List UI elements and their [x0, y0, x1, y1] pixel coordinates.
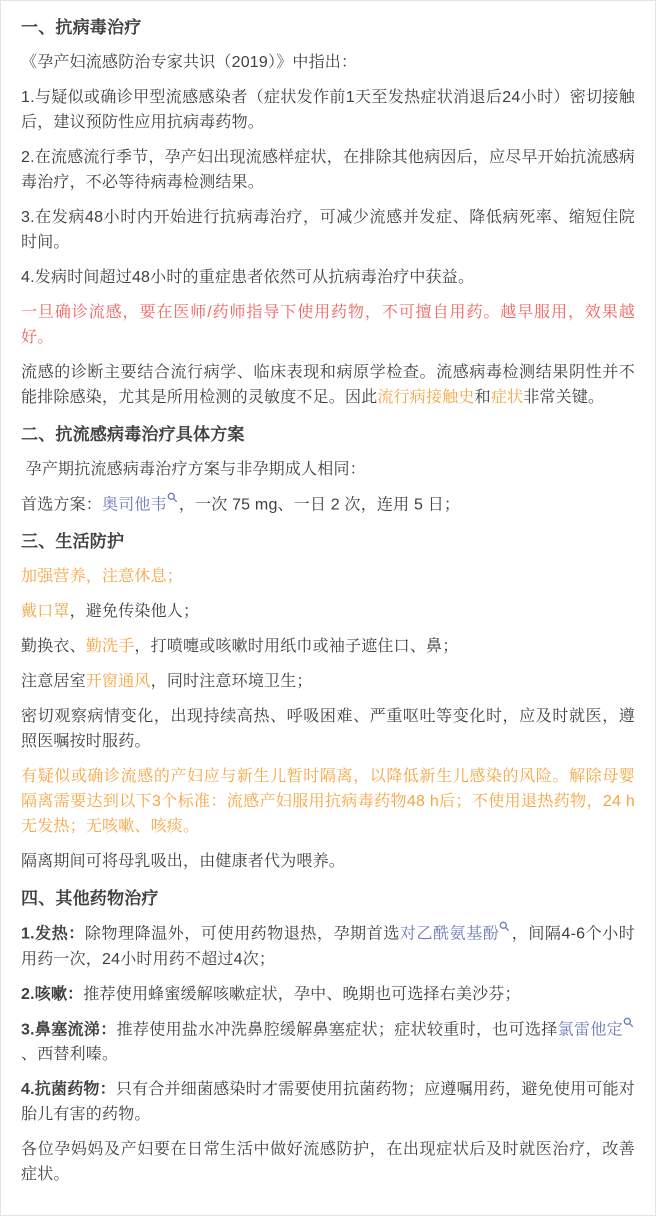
paragraph: 3.在发病48小时内开始进行抗病毒治疗，可减少流感并发症、降低病死率、缩短住院时…: [21, 205, 635, 255]
highlight-text: 加强营养，注意休息；: [21, 568, 183, 585]
drug-term-link[interactable]: 对乙酰氨基酚: [400, 926, 499, 943]
magnifier-icon[interactable]: [167, 495, 178, 506]
paragraph: 4.发病时间超过48小时的重症患者依然可从抗病毒治疗中获益。: [21, 265, 635, 290]
text-segment: 《孕产妇流感防治专家共识（2019）》中指出：: [21, 54, 357, 71]
paragraph: 2.在流感流行季节，孕产妇出现流感样症状，在排除其他病因后，应尽早开始抗流感病毒…: [21, 145, 635, 195]
text-segment: 密切观察病情变化，出现持续高热、呼吸困难、严重呕吐等变化时，应及时就医，遵照医嘱…: [21, 708, 635, 750]
paragraph: 孕产期抗流感病毒治疗方案与非孕期成人相同：: [21, 457, 635, 482]
section-heading: 四、其他药物治疗: [21, 886, 635, 911]
bold-text: 3.鼻塞流涕：: [21, 1021, 117, 1038]
text-segment: 、西替利嗪。: [21, 1046, 118, 1063]
paragraph: 3.鼻塞流涕：推荐使用盐水冲洗鼻腔缓解鼻塞症状；症状较重时，也可选择氯雷他定、西…: [21, 1017, 635, 1067]
paragraph: 《孕产妇流感防治专家共识（2019）》中指出：: [21, 50, 635, 75]
section-heading: 三、生活防护: [21, 529, 635, 554]
paragraph: 加强营养，注意休息；: [21, 564, 635, 589]
magnifier-icon[interactable]: [499, 924, 510, 935]
highlight-text: 流行病接触史: [377, 389, 474, 406]
paragraph: 1.发热：除物理降温外，可使用药物退热，孕期首选对乙酰氨基酚，间隔4-6个小时用…: [21, 921, 635, 971]
text-segment: 勤换衣、: [21, 638, 86, 655]
text-segment: ，一次 75 mg、一日 2 次，连用 5 日；: [179, 496, 460, 513]
text-segment: 隔离期间可将母乳吸出，由健康者代为喂养。: [21, 853, 345, 870]
bold-text: 四、其他药物治疗: [21, 889, 159, 908]
bold-text: 一、抗病毒治疗: [21, 18, 141, 37]
article-body: 一、抗病毒治疗《孕产妇流感防治专家共识（2019）》中指出：1.与疑似或确诊甲型…: [1, 1, 655, 1215]
text-segment: 4.发病时间超过48小时的重症患者依然可从抗病毒治疗中获益。: [21, 269, 474, 286]
paragraph: 一旦确诊流感，要在医师/药师指导下使用药物，不可擅自用药。越早服用，效果越好。: [21, 300, 635, 350]
drug-term-link[interactable]: 氯雷他定: [558, 1021, 623, 1038]
text-segment: 孕产期抗流感病毒治疗方案与非孕期成人相同：: [21, 461, 366, 478]
text-segment: ，避免传染他人；: [70, 603, 200, 620]
paragraph: 注意居室开窗通风，同时注意环境卫生；: [21, 669, 635, 694]
paragraph: 戴口罩，避免传染他人；: [21, 599, 635, 624]
highlight-text: 症状: [491, 389, 523, 406]
text-segment: 推荐使用蜂蜜缓解咳嗽症状，孕中、晚期也可选择右美沙芬；: [83, 986, 520, 1003]
highlight-text: 开窗通风: [86, 673, 151, 690]
magnifier-icon[interactable]: [623, 1020, 634, 1031]
text-segment: 推荐使用盐水冲洗鼻腔缓解鼻塞症状；症状较重时，也可选择: [117, 1021, 558, 1038]
highlight-text: 勤洗手: [86, 638, 135, 655]
text-segment: 2.在流感流行季节，孕产妇出现流感样症状，在排除其他病因后，应尽早开始抗流感病毒…: [21, 149, 635, 191]
text-segment: 非常关键。: [523, 389, 604, 406]
paragraph: 2.咳嗽：推荐使用蜂蜜缓解咳嗽症状，孕中、晚期也可选择右美沙芬；: [21, 982, 635, 1007]
bold-text: 1.发热：: [21, 926, 85, 943]
text-segment: ，同时注意环境卫生；: [151, 673, 313, 690]
bold-text: 4.抗菌药物：: [21, 1081, 116, 1098]
text-segment: 首选方案：: [21, 496, 102, 513]
text-segment: 注意居室: [21, 673, 86, 690]
text-segment: 3.在发病48小时内开始进行抗病毒治疗，可减少流感并发症、降低病死率、缩短住院时…: [21, 209, 635, 251]
paragraph: 各位孕妈妈及产妇要在日常生活中做好流感防护，在出现症状后及时就医治疗，改善症状。: [21, 1137, 635, 1187]
paragraph: 流感的诊断主要结合流行病学、临床表现和病原学检查。流感病毒检测结果阴性并不能排除…: [21, 360, 635, 410]
highlight-text: 戴口罩: [21, 603, 70, 620]
text-segment: 和: [475, 389, 491, 406]
text-segment: 除物理降温外，可使用药物退热，孕期首选: [85, 926, 400, 943]
paragraph: 密切观察病情变化，出现持续高热、呼吸困难、严重呕吐等变化时，应及时就医，遵照医嘱…: [21, 704, 635, 754]
text-segment: 1.与疑似或确诊甲型流感感染者（症状发作前1天至发热症状消退后24小时）密切接触…: [21, 89, 635, 131]
text-segment: 各位孕妈妈及产妇要在日常生活中做好流感防护，在出现症状后及时就医治疗，改善症状。: [21, 1141, 635, 1183]
bold-text: 2.咳嗽：: [21, 986, 83, 1003]
section-heading: 一、抗病毒治疗: [21, 15, 635, 40]
paragraph: 4.抗菌药物：只有合并细菌感染时才需要使用抗菌药物；应遵嘱用药，避免使用可能对胎…: [21, 1077, 635, 1127]
text-segment: ，打喷嚏或咳嗽时用纸巾或袖子遮住口、鼻；: [134, 638, 458, 655]
paragraph: 首选方案：奥司他韦，一次 75 mg、一日 2 次，连用 5 日；: [21, 492, 635, 517]
highlight-text: 有疑似或确诊流感的产妇应与新生儿暂时隔离，以降低新生儿感染的风险。解除母婴隔离需…: [21, 768, 635, 835]
section-heading: 二、抗流感病毒治疗具体方案: [21, 422, 635, 447]
paragraph: 隔离期间可将母乳吸出，由健康者代为喂养。: [21, 849, 635, 874]
article-page: 一、抗病毒治疗《孕产妇流感防治专家共识（2019）》中指出：1.与疑似或确诊甲型…: [0, 0, 656, 1216]
paragraph: 勤换衣、勤洗手，打喷嚏或咳嗽时用纸巾或袖子遮住口、鼻；: [21, 634, 635, 659]
bold-text: 二、抗流感病毒治疗具体方案: [21, 425, 245, 444]
bold-text: 三、生活防护: [21, 532, 124, 551]
paragraph: 1.与疑似或确诊甲型流感感染者（症状发作前1天至发热症状消退后24小时）密切接触…: [21, 85, 635, 135]
drug-term-link[interactable]: 奥司他韦: [102, 496, 167, 513]
highlight-text: 一旦确诊流感，要在医师/药师指导下使用药物，不可擅自用药。越早服用，效果越好。: [21, 304, 635, 346]
paragraph: 有疑似或确诊流感的产妇应与新生儿暂时隔离，以降低新生儿感染的风险。解除母婴隔离需…: [21, 764, 635, 839]
